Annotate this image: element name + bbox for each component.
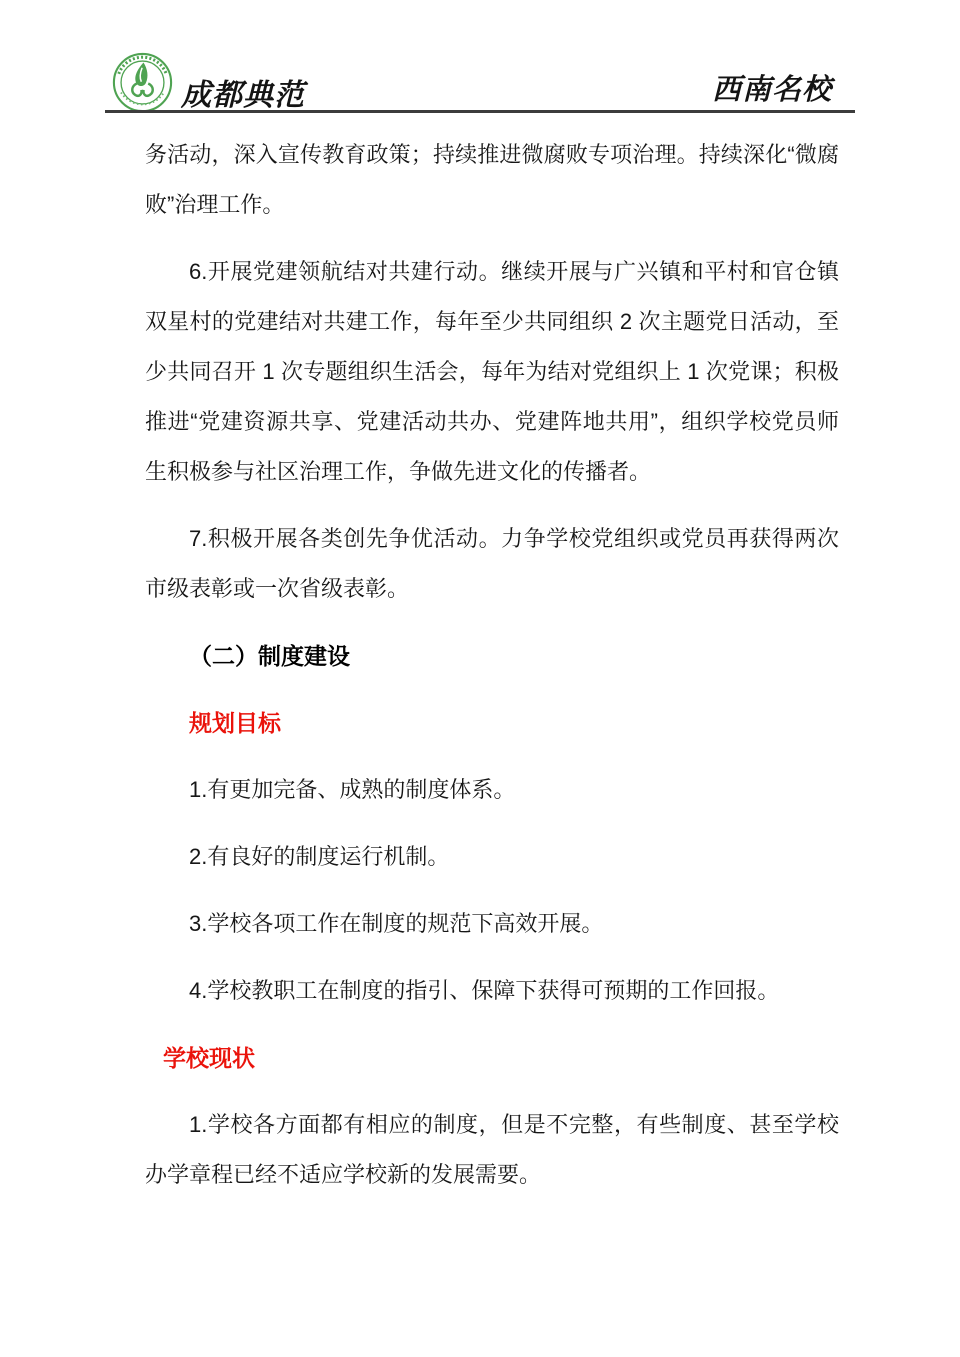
header-divider (105, 110, 855, 113)
red-heading-school-status: 学校现状 (145, 1033, 839, 1083)
paragraph-continuation: 务活动，深入宣传教育政策；持续推进微腐败专项治理。持续深化“微腐败”治理工作。 (145, 130, 839, 230)
goal-item-3: 3.学校各项工作在制度的规范下高效开展。 (145, 899, 839, 949)
school-logo (112, 52, 173, 113)
section-heading-institution: （二）制度建设 (145, 631, 839, 681)
paragraph-item-7: 7.积极开展各类创先争优活动。力争学校党组织或党员再获得两次市级表彰或一次省级表… (145, 514, 839, 614)
red-heading-planning-goals: 规划目标 (145, 698, 839, 748)
goal-item-2: 2.有良好的制度运行机制。 (145, 832, 839, 882)
document-page: 成都典范 西南名校 务活动，深入宣传教育政策；持续推进微腐败专项治理。持续深化“… (0, 0, 960, 1357)
status-item-1: 1.学校各方面都有相应的制度，但是不完整，有些制度、甚至学校办学章程已经不适应学… (145, 1100, 839, 1200)
paragraph-item-6: 6.开展党建领航结对共建行动。继续开展与广兴镇和平村和官仓镇双星村的党建结对共建… (145, 247, 839, 497)
document-body: 务活动，深入宣传教育政策；持续推进微腐败专项治理。持续深化“微腐败”治理工作。 … (145, 130, 839, 1217)
goal-item-1: 1.有更加完备、成熟的制度体系。 (145, 765, 839, 815)
school-seal-icon (112, 52, 173, 113)
brand-text-right: 西南名校 (712, 67, 832, 108)
brand-text-left: 成都典范 (181, 70, 305, 114)
goal-item-4: 4.学校教职工在制度的指引、保障下获得可预期的工作回报。 (145, 966, 839, 1016)
